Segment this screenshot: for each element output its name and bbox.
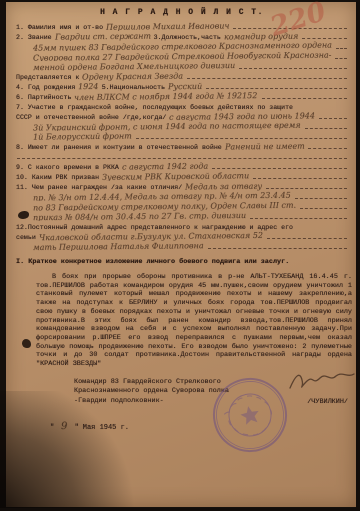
- dashed-rule: [335, 58, 347, 59]
- handwritten-value: пр. № 3/н от 12.4.44, Медаль за отвагу п…: [30, 191, 294, 201]
- handwritten-value: Суворова полка 27 Гвардейской Стрелковой…: [30, 51, 334, 61]
- handwritten-value: 1924: [75, 82, 101, 91]
- form-line-rvk: 10. Каким РВК призван Зуевским РВК Киров…: [16, 171, 348, 181]
- field-label: 4. Год рождения: [16, 84, 75, 91]
- dashed-rule: [208, 248, 347, 249]
- form-line-participation-1: 7. Участие в гражданской войне, последую…: [16, 101, 348, 111]
- dashed-rule: [206, 88, 347, 89]
- dashed-rule: [262, 98, 347, 99]
- field-label: семьи: [16, 234, 36, 241]
- dashed-rule: [308, 148, 347, 149]
- form-line-birth-nationality: 4. Год рождения 1924 5.Национальность Ру…: [16, 81, 348, 91]
- form-line-prior-awards: 11. Чем ранее награжден /за какие отличи…: [16, 181, 348, 191]
- form-line-party: 6. Партийность член ВЛКСМ с ноября 1944 …: [16, 91, 348, 101]
- form-line-unit-1: 45мм пушек 83 Гвардейского стрелкового К…: [30, 41, 348, 51]
- field-label: 12.Постоянный домашний адрес представлен…: [16, 224, 293, 231]
- handwritten-day: 9: [58, 421, 70, 432]
- handwritten-value: Гвардии ст. сержант: [52, 31, 154, 41]
- handwritten-value: с августа 1942 года: [119, 162, 211, 171]
- handwritten-value: Чкаловской области г.Бузулук ул. Стахано…: [36, 231, 266, 241]
- form-line-empty: [16, 151, 348, 161]
- form-line-participation-4: 1й Белорусский фронт: [30, 131, 348, 141]
- ink-blot: [22, 339, 31, 348]
- dashed-rule: [136, 138, 347, 139]
- date-line: " 9 " Мая 1945 г.: [50, 421, 348, 432]
- handwritten-value: Ордену Красная Звезда: [79, 71, 186, 81]
- form-line-participation-3: 3й Украинский фронт, с июня 1944 года по…: [30, 121, 348, 131]
- dashed-rule: [250, 218, 347, 219]
- dashed-rule: [239, 68, 347, 69]
- field-label: 7. Участие в гражданской войне, последую…: [16, 104, 293, 111]
- handwritten-value: мать Першилова Наталья Филипповна: [30, 241, 207, 251]
- form-line-address-3: мать Першилова Наталья Филипповна: [30, 241, 348, 251]
- handwritten-value: приказ № 084/н от 30.4.45 по 27 Гв. стр.…: [30, 211, 249, 221]
- handwritten-value: по 83 Гвардейскому стрелковому полку, Ор…: [30, 201, 299, 211]
- field-label: 5.Национальность: [102, 84, 165, 91]
- handwritten-value: Медаль за отвагу: [182, 182, 265, 191]
- handwritten-value: Зуевским РВК Кировской области: [99, 171, 252, 181]
- dashed-rule: [305, 128, 347, 129]
- date-text: Мая 1945 г.: [83, 424, 129, 432]
- form-line-address-1: 12.Постоянный домашний адрес представлен…: [16, 221, 348, 231]
- dashed-rule: [319, 118, 347, 119]
- form-line-prior-awards-4: приказ № 084/н от 30.4.45 по 27 Гв. стр.…: [30, 211, 348, 221]
- dashed-rule: [295, 198, 347, 199]
- dashed-rule: [212, 168, 347, 169]
- field-label: 10. Каким РВК призван: [16, 174, 99, 181]
- dashed-rule: [266, 188, 347, 189]
- form-line-rkka: 9. С какого времени в РККА с августа 194…: [16, 161, 348, 171]
- form-line-presented-for: Представляется к Ордену Красная Звезда: [16, 71, 348, 81]
- field-label: Представляется к: [16, 74, 79, 81]
- signer-name: /ЧУВИЛКИН/: [307, 398, 348, 408]
- quote-mark: ": [50, 424, 54, 432]
- dashed-rule: [17, 158, 347, 159]
- handwritten-value: менной ордена Богдана Хмельницкого дивиз…: [30, 61, 238, 71]
- field-label: 9. С какого времени в РККА: [16, 164, 119, 171]
- form-line-prior-awards-3: по 83 Гвардейскому стрелковому полку, Ор…: [30, 201, 348, 211]
- handwritten-value: с августа 1943 года по июнь 1944: [166, 111, 318, 121]
- handwritten-value: Ранений не имеет: [222, 142, 308, 151]
- handwritten-value: член ВЛКСМ с ноября 1944 года № 192152: [71, 91, 260, 101]
- handwritten-value: 3й Украинский фронт, с июня 1944 года по…: [30, 121, 304, 131]
- field-label: 3.Должность,часть: [154, 34, 221, 41]
- signature-scrawl: [286, 368, 356, 394]
- field-label: 6. Партийность: [16, 94, 71, 101]
- form-line-address-2: семьи Чкаловской области г.Бузулук ул. С…: [16, 231, 348, 241]
- form-line-participation-2: СССР и отечественной войне /где,когда/ с…: [16, 111, 348, 121]
- handwritten-value: 1й Белорусский фронт: [30, 131, 135, 141]
- signature-block: Командир 83 Гвардейского Стрелкового Кра…: [74, 378, 354, 407]
- scan-edge: [356, 0, 360, 511]
- field-label: 11. Чем ранее награжден /за какие отличи…: [16, 184, 182, 191]
- form-line-unit-3: менной ордена Богдана Хмельницкого дивиз…: [30, 61, 348, 71]
- dashed-rule: [253, 178, 347, 179]
- section1-heading: I. Краткое конкретное изложение личного …: [16, 258, 348, 266]
- dashed-rule: [267, 238, 347, 239]
- quote-mark: ": [75, 424, 79, 432]
- document-paper: Н А Г Р А Д Н О Й Л И С Т. 1. Фамилия им…: [6, 2, 356, 507]
- form-line-wounds: 8. Имеет ли ранения и контузии в отечест…: [16, 141, 348, 151]
- dashed-rule: [336, 48, 347, 49]
- handwritten-value: 45мм пушек 83 Гвардейского стрелкового К…: [30, 41, 335, 51]
- form-line-prior-awards-2: пр. № 3/н от 12.4.44, Медаль за отвагу п…: [30, 191, 348, 201]
- field-label: 2. Звание: [16, 34, 52, 41]
- scanned-award-sheet: Н А Г Р А Д Н О Й Л И С Т. 1. Фамилия им…: [0, 0, 360, 511]
- form-line-unit-2: Суворова полка 27 Гвардейской Стрелковой…: [30, 51, 348, 61]
- handwritten-value: Русский: [165, 82, 205, 91]
- field-label: 8. Имеет ли ранения и контузии в отечест…: [16, 144, 222, 151]
- dashed-rule: [300, 208, 347, 209]
- dashed-rule: [302, 38, 347, 39]
- feat-description: В боях при прорыве обороны противника в …: [36, 273, 352, 369]
- ink-blot: [18, 211, 29, 219]
- field-label: 1. Фамилия имя и от-во: [16, 24, 103, 31]
- handwritten-value: Першилов Михаил Иванович: [103, 21, 232, 31]
- field-label: СССР и отечественной войне /где,когда/: [16, 114, 166, 121]
- dashed-rule: [187, 78, 347, 79]
